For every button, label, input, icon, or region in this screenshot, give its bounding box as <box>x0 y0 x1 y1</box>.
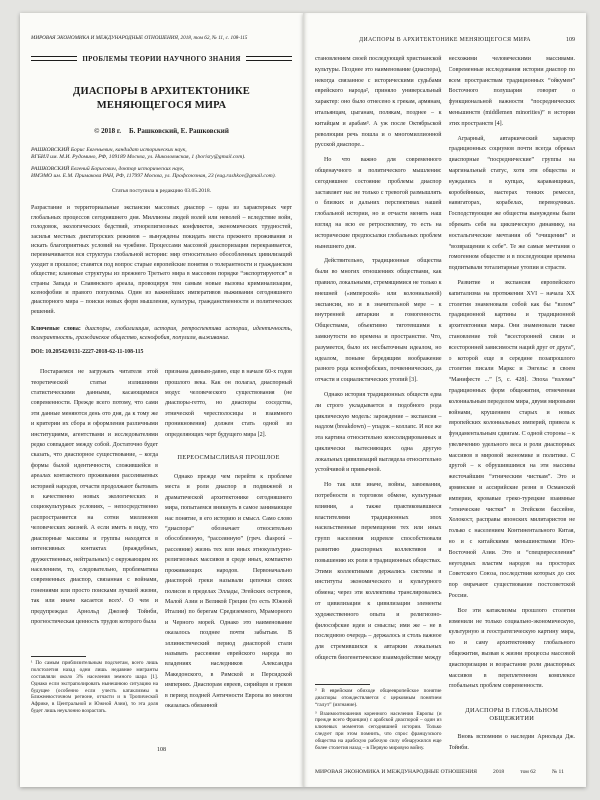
footnote-separator <box>315 684 370 685</box>
footnote-2: ² В еврейском обиходе общеевропейское по… <box>315 688 442 709</box>
body-paragraph: Однако прежде чем перейти к проблеме мес… <box>165 472 292 711</box>
doi-line: DOI: 10.20542/0131-2227-2018-62-11-108-1… <box>31 349 292 355</box>
abstract: Разрастание и территориальные экспансии … <box>31 204 292 317</box>
running-footer: МИРОВАЯ ЭКОНОМИКА И МЕЖДУНАРОДНЫЕ ОТНОШЕ… <box>315 769 575 775</box>
affiliation-1-line1: РАШКОВСКИЙ Борис Евгеньевич, кандидат ис… <box>31 147 187 153</box>
running-footer-issue: № 11 <box>552 769 564 775</box>
author-names: Б. Рашковский, Е. Рашковский <box>129 127 229 135</box>
body-paragraph: Но так или иначе, войны, завоевания, пот… <box>315 480 442 664</box>
section-heading-diaspory-v-globalnom: ДИАСПОРЫ В ГЛОБАЛЬНОМ ОБЩЕЖИТИИ <box>449 707 576 723</box>
banner-rule-left <box>31 56 77 61</box>
body-paragraph: несхожими человеческими массивами. Совре… <box>449 54 576 130</box>
affiliation-2-line2: ИМЭМО им. Е.М. Примакова РАН, РФ, 117997… <box>31 173 276 179</box>
banner-rule-right <box>246 56 292 61</box>
body-paragraph: Все эти катаклизмы прошлого столетия изм… <box>449 606 576 692</box>
next-section-block: ДИАСПОРЫ В ГЛОБАЛЬНОМ ОБЩЕЖИТИИ Вновь вс… <box>449 701 576 754</box>
journal-spread: МИРОВАЯ ЭКОНОМИКА И МЕЖДУНАРОДНЫЕ ОТНОШЕ… <box>20 13 586 787</box>
keywords-label: Ключевые слова: <box>31 326 81 332</box>
received-date-line: Статья поступила в редакцию 03.05.2018. <box>31 188 292 194</box>
page-number-109: 109 <box>566 37 575 44</box>
body-paragraph: Постараемся не загружать читателя этой т… <box>31 367 158 627</box>
affiliation-2-line1: РАШКОВСКИЙ Евгений Борисович, доктор ист… <box>31 166 184 172</box>
section-banner-title: ПРОБЛЕМЫ ТЕОРИИ НАУЧНОГО ЗНАНИЯ <box>82 55 240 63</box>
copyright-year: © 2018 г. <box>94 127 121 135</box>
affiliation-2: РАШКОВСКИЙ Евгений Борисович, доктор ист… <box>31 166 292 180</box>
column-right-109: несхожими человеческими массивами. Совре… <box>449 54 576 754</box>
body-paragraph: Аграрный, автаркический характер традици… <box>449 134 576 274</box>
footnote-1: ¹ По самым приблизительным подсчетам, вс… <box>31 660 158 715</box>
section-banner: ПРОБЛЕМЫ ТЕОРИИ НАУЧНОГО ЗНАНИЯ <box>31 55 292 63</box>
page-108: МИРОВАЯ ЭКОНОМИКА И МЕЖДУНАРОДНЫЕ ОТНОШЕ… <box>20 13 303 787</box>
body-paragraph: Развитие и экспансия европейского капита… <box>449 278 576 602</box>
body-columns-109: становлением своей последующей христианс… <box>315 54 575 754</box>
body-paragraph: Однако история традиционных обществ едва… <box>315 390 442 476</box>
footnote-block-109: ² В еврейском обиходе общеевропейское по… <box>315 681 442 754</box>
body-columns-108: Постараемся не загружать читателя этой т… <box>31 367 292 717</box>
keywords-line: Ключевые слова: диаспоры, глобализация, … <box>31 325 292 343</box>
footnote-block-108: ¹ По самым приблизительным подсчетам, вс… <box>31 653 158 717</box>
affiliation-1: РАШКОВСКИЙ Борис Евгеньевич, кандидат ис… <box>31 147 292 161</box>
section-heading-pereosmyslivaya: ПЕРЕОСМЫСЛИВАЯ ПРОШЛОЕ <box>165 454 292 462</box>
body-paragraph: Действительно, традиционные общества был… <box>315 256 442 386</box>
running-footer-volume: том 62 <box>520 769 536 775</box>
column-left-108: Постараемся не загружать читателя этой т… <box>31 367 158 717</box>
body-paragraph: становлением своей последующей христианс… <box>315 54 442 151</box>
page-number-108: 108 <box>20 747 303 753</box>
column-right-108: признана давным-давно, еще в начале 60-х… <box>165 367 292 717</box>
article-title-line2: МЕНЯЮЩЕГОСЯ МИРА <box>31 99 292 113</box>
running-footer-year: 2018 <box>493 769 504 775</box>
body-paragraph: Вновь вспомним о наследии Арнольда Дж. Т… <box>449 732 576 754</box>
body-paragraph: Но что важно для современного общенаучно… <box>315 155 442 252</box>
running-header: ДИАСПОРЫ В АРХИТЕКТОНИКЕ МЕНЯЮЩЕГОСЯ МИР… <box>315 37 575 44</box>
body-paragraph: признана давным-давно, еще в начале 60-х… <box>165 367 292 440</box>
footnote-separator <box>31 656 86 657</box>
affiliations-block: РАШКОВСКИЙ Борис Евгеньевич, кандидат ис… <box>31 147 292 181</box>
running-header-title: ДИАСПОРЫ В АРХИТЕКТОНИКЕ МЕНЯЮЩЕГОСЯ МИР… <box>359 37 531 43</box>
running-footer-journal: МИРОВАЯ ЭКОНОМИКА И МЕЖДУНАРОДНЫЕ ОТНОШЕ… <box>315 769 477 775</box>
affiliation-1-line2: ВГБИЛ им. М.И. Рудомино, РФ, 109189 Моск… <box>31 154 246 160</box>
article-title-line1: ДИАСПОРЫ В АРХИТЕКТОНИКЕ <box>31 85 292 99</box>
journal-citation-header: МИРОВАЯ ЭКОНОМИКА И МЕЖДУНАРОДНЫЕ ОТНОШЕ… <box>31 35 292 42</box>
column-left-109: становлением своей последующей христианс… <box>315 54 442 754</box>
footnote-3: ³ Взаимоотношения коренного населения Ев… <box>315 711 442 752</box>
authors-line: © 2018 г.Б. Рашковский, Е. Рашковский <box>31 127 292 135</box>
page-109: ДИАСПОРЫ В АРХИТЕКТОНИКЕ МЕНЯЮЩЕГОСЯ МИР… <box>303 13 586 787</box>
article-title: ДИАСПОРЫ В АРХИТЕКТОНИКЕ МЕНЯЮЩЕГОСЯ МИР… <box>31 85 292 113</box>
